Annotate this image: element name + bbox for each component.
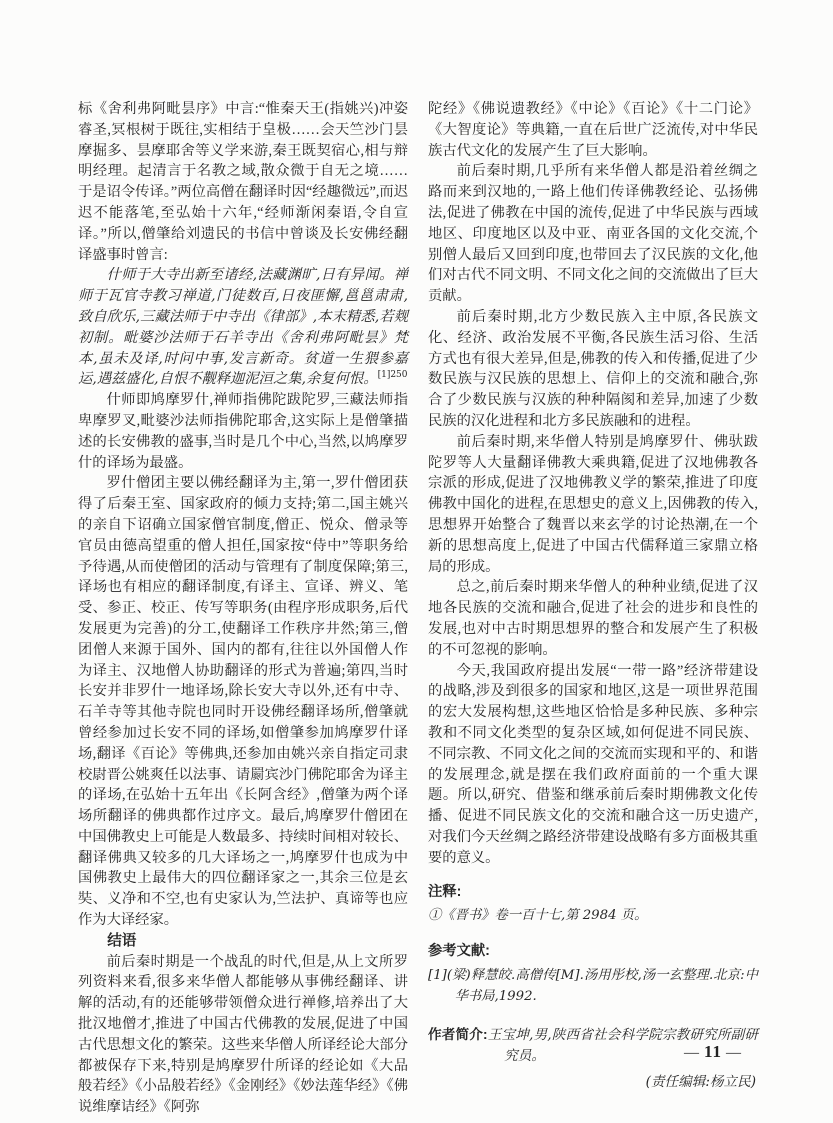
paragraph-continuation: 标《舍利弗阿毗昙序》中言:“惟秦天王(指姚兴)冲姿睿圣,冥根树于既往,实相结于皇… [78, 99, 408, 265]
notes-heading: 注释: [428, 882, 758, 903]
left-column: 标《舍利弗阿毗昙序》中言:“惟秦天王(指姚兴)冲姿睿圣,冥根树于既往,实相结于皇… [78, 99, 408, 1118]
paragraph: 前后秦时期,来华僧人特别是鸠摩罗什、佛驮跋陀罗等人大量翻译佛教大乘典籍,促进了汉… [428, 432, 758, 578]
right-column: 陀经》《佛说遗教经》《中论》《百论》《十二门论》《大智度论》等典籍,一直在后世广… [428, 99, 758, 1093]
paragraph-continuation: 陀经》《佛说遗教经》《中论》《百论》《十二门论》《大智度论》等典籍,一直在后世广… [428, 99, 758, 161]
paragraph: 前后秦时期,北方少数民族入主中原,各民族文化、经济、政治发展不平衡,各民族生活习… [428, 307, 758, 432]
page-number: —11— [684, 1042, 742, 1062]
references-heading: 参考文献: [428, 941, 758, 962]
paragraph: 总之,前后秦时期来华僧人的种种业绩,促进了汉地各民族的交流和融合,促进了社会的进… [428, 577, 758, 660]
note-item: ①《晋书》卷一百十七,第 2984 页。 [428, 906, 758, 927]
block-quote: 什师于大寺出新至诸经,法藏渊旷,日有异闻。禅师于瓦官寺教习禅道,门徒数百,日夜匪… [78, 265, 408, 390]
journal-page: 标《舍利弗阿毗昙序》中言:“惟秦天王(指姚兴)冲姿睿圣,冥根树于既往,实相结于皇… [0, 0, 833, 1123]
section-heading-conclusion: 结语 [78, 931, 408, 952]
quote-text: 什师于大寺出新至诸经,法藏渊旷,日有异闻。禅师于瓦官寺教习禅道,门徒数百,日夜匪… [78, 267, 408, 387]
author-bio-label: 作者简介: [428, 1027, 488, 1042]
page-number-dash-left: — [684, 1045, 700, 1061]
page-number-dash-right: — [726, 1045, 742, 1061]
paragraph: 前后秦时期,几乎所有来华僧人都是沿着丝绸之路而来到汉地的,一路上他们传译佛教经论… [428, 161, 758, 307]
citation-superscript: [1]250 [378, 371, 408, 381]
editor-note: (责任编辑:杨立民) [428, 1072, 758, 1093]
paragraph: 前后秦时期是一个战乱的时代,但是,从上文所罗列资料来看,很多来华僧人都能够从事佛… [78, 952, 408, 1118]
reference-item: [1](梁)释慧皎.高僧传[M].汤用彤校,汤一玄整理.北京:中华书局,1992… [428, 965, 758, 1008]
paragraph: 什师即鸠摩罗什,禅师指佛陀跋陀罗,三藏法师指卑摩罗叉,毗婆沙法师指佛陀耶舍,这实… [78, 390, 408, 473]
page-number-value: 11 [700, 1042, 726, 1061]
paragraph: 罗什僧团主要以佛经翻译为主,第一,罗什僧团获得了后秦王室、国家政府的倾力支持;第… [78, 473, 408, 931]
paragraph: 今天,我国政府提出发展“一带一路”经济带建设的战略,涉及到很多的国家和地区,这是… [428, 661, 758, 869]
